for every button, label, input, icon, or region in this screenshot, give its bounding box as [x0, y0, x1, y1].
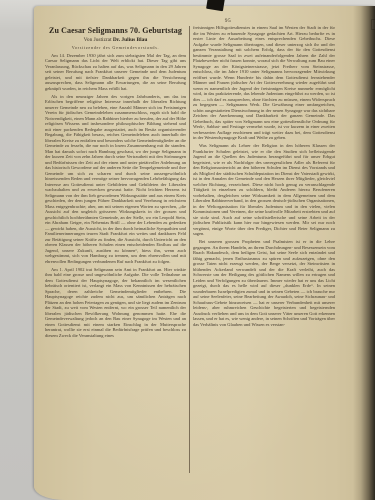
left-column: Zu Caesar Seligmanns 70. Geburtstag Von …	[45, 25, 186, 341]
byline: Von Justizrat Dr. Julius Blau	[45, 37, 186, 44]
byline-prefix: Von Justizrat	[84, 37, 113, 43]
corner-mark	[371, 19, 375, 30]
paragraph: Am 14. Dezember 1930 jährt sich zum sieb…	[45, 53, 186, 92]
document-page: 95 Zu Caesar Seligmanns 70. Geburtstag V…	[34, 6, 375, 500]
paragraph: freisinnigen Hilfsgottesdienstes in eine…	[193, 25, 335, 141]
byline-name: Dr. Julius Blau	[113, 37, 147, 43]
page-number: 95	[216, 18, 240, 24]
paragraph: Was Seligmann als Lehrer der Religion in…	[193, 143, 335, 237]
paragraph: Bei unseren grossen Propheten und Psalmi…	[193, 239, 335, 327]
column-divider-rule	[189, 26, 190, 473]
byline-role: Vorsitzender des Gemeindevorstands.	[45, 45, 186, 50]
paragraph: Am 1. April 1902 trat Seligmann sein Amt…	[45, 267, 186, 339]
article-title: Zu Caesar Seligmanns 70. Geburtstag	[45, 26, 186, 35]
right-column: freisinnigen Hilfsgottesdienstes in eine…	[193, 25, 335, 330]
article-body: Zu Caesar Seligmanns 70. Geburtstag Von …	[45, 25, 353, 500]
binding-gutter-shadow	[353, 6, 375, 500]
paragraph: Als in den neunziger Jahren des vorigen …	[45, 94, 186, 265]
scan-background: { "scan": { "page_number": "95" }, "arti…	[0, 0, 375, 500]
